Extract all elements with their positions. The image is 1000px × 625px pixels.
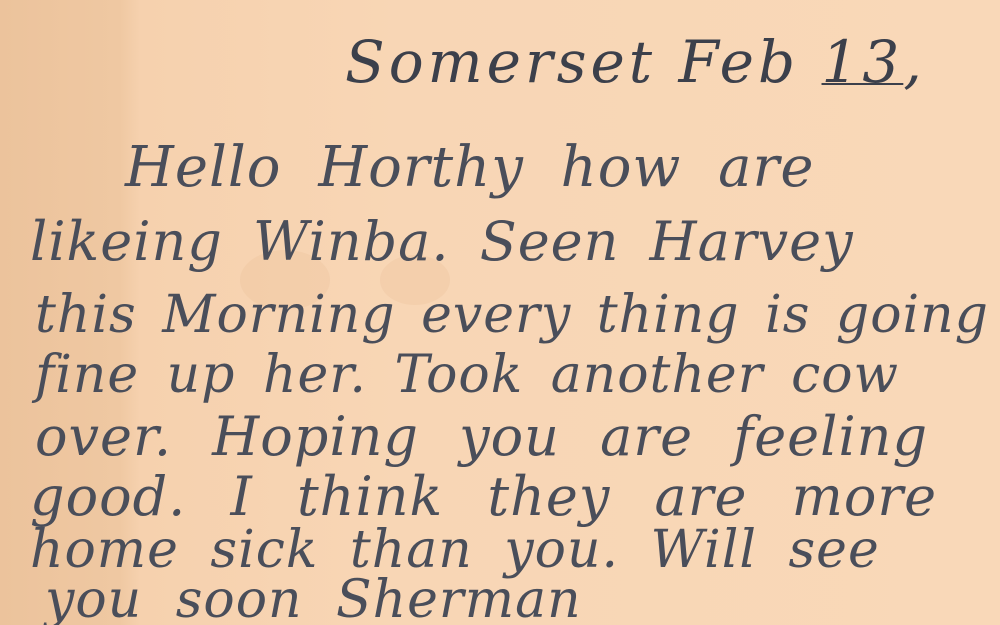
letter-line-6: good. I think they are more [30,465,937,528]
letter-line-4: fine up her. Took another cow [35,345,899,405]
date-heading: Somerset Feb 13, [345,28,926,96]
letter-line-3: this Morning every thing is going [35,285,989,345]
letter-line-8-signature: you soon Sherman [45,570,582,625]
letter-line-5: over. Hoping you are feeling [35,405,928,468]
heading-day: 13 [822,28,904,96]
heading-month: Feb [679,28,800,96]
letter-line-1: Hello Horthy how are [125,135,814,200]
letter-line-2: likeing Winba. Seen Harvey [30,210,854,273]
heading-comma: , [903,28,925,96]
heading-place: Somerset [345,28,656,96]
postcard: Somerset Feb 13, Hello Horthy how are li… [0,0,1000,625]
